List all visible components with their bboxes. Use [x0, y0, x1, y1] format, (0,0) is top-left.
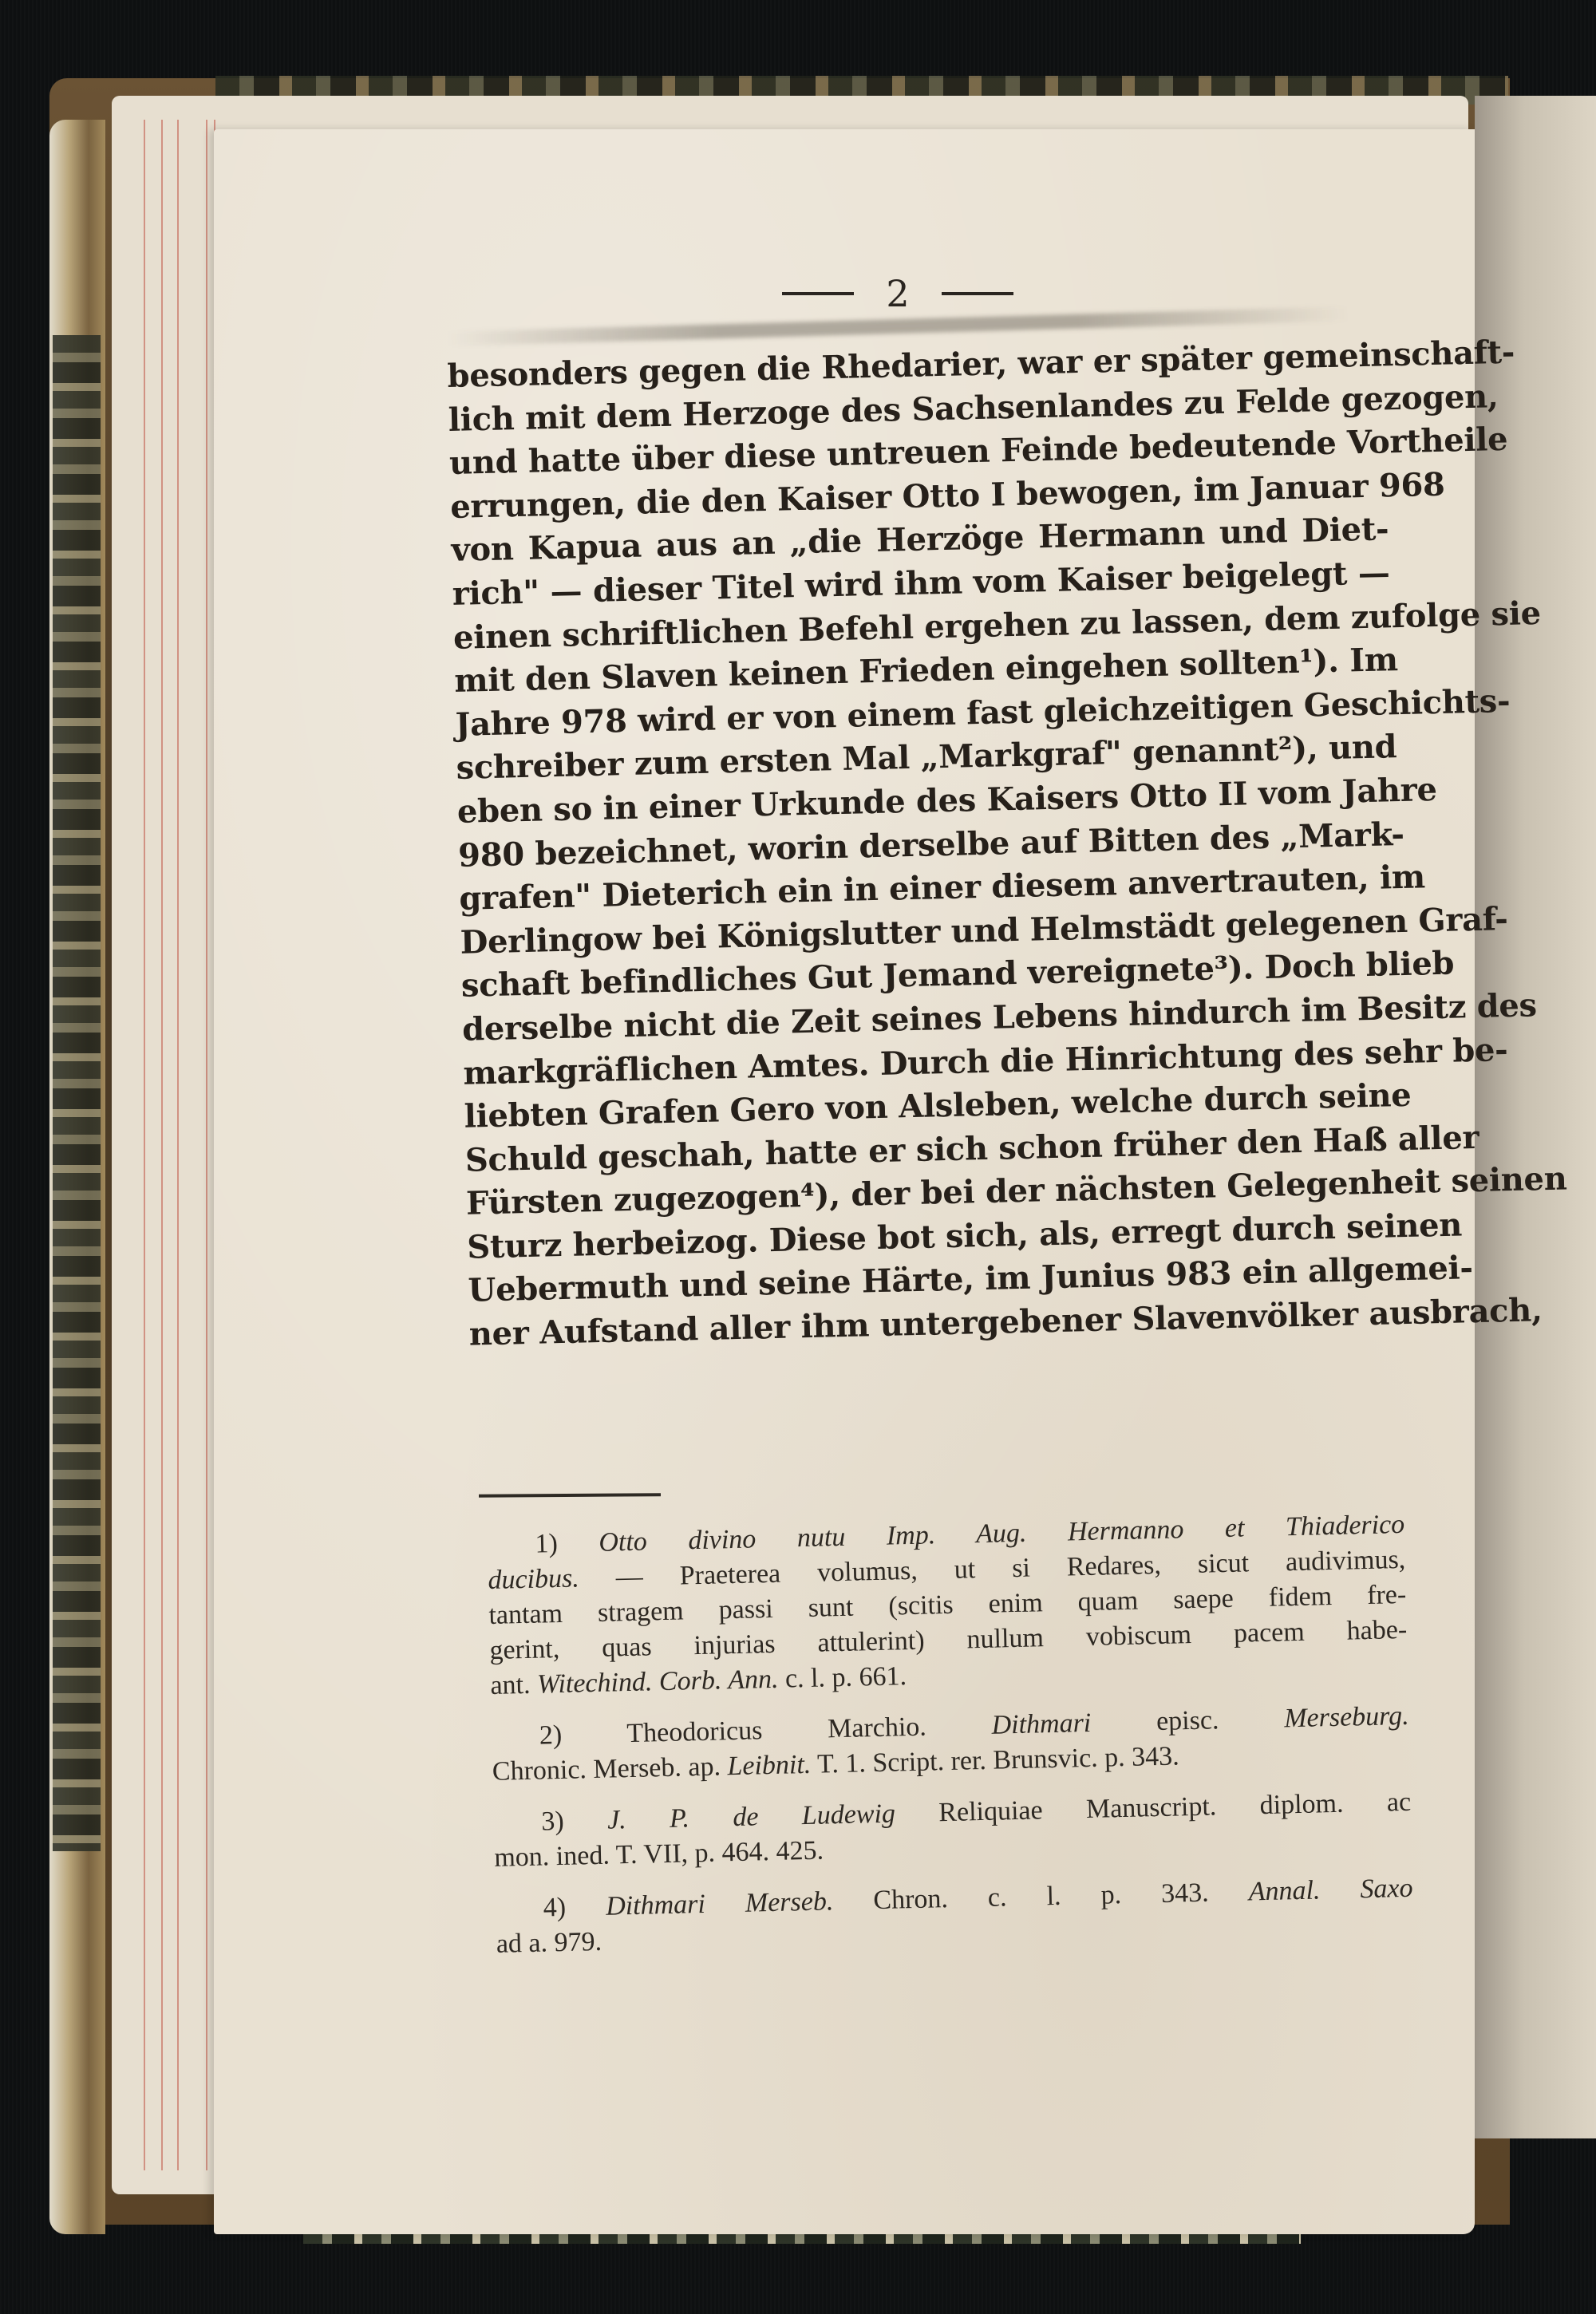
italic-citation: Dithmari Merseb.	[606, 1886, 834, 1921]
red-page-edge	[161, 120, 163, 2170]
footnote-text: T. 1. Script. rer. Brunsvic. p. 343.	[811, 1741, 1179, 1779]
red-page-edge	[177, 120, 179, 2170]
italic-citation: Dithmari	[991, 1708, 1091, 1740]
italic-citation: Leibnit.	[727, 1750, 812, 1781]
red-page-edge	[144, 120, 145, 2170]
italic-citation: J. P. de Ludewig	[607, 1799, 896, 1834]
footnote-text: episc.	[1091, 1704, 1285, 1737]
spine-marble-pattern	[53, 335, 101, 1851]
red-page-edge	[206, 120, 207, 2170]
footnote-text: 1)	[535, 1528, 599, 1559]
footnote-text: Chron. c. l. p. 343.	[833, 1877, 1249, 1916]
footnote-text: ant.	[490, 1670, 537, 1700]
footnote-text: mon. ined. T. VII, p. 464. 425.	[494, 1836, 824, 1873]
italic-citation: Merseburg.	[1284, 1701, 1409, 1734]
header-dash-right	[942, 292, 1013, 295]
footnote-1: 1) Otto divino nutu Imp. Aug. Hermanno e…	[487, 1507, 1408, 1704]
italic-citation: Annal. Saxo	[1248, 1874, 1413, 1907]
footnote-text: c. l. p. 661.	[778, 1661, 907, 1694]
footnote-text: 3)	[541, 1806, 608, 1837]
body-text: besonders gegen die Rhedarier, war er sp…	[447, 334, 1407, 1356]
header-dash-left	[782, 292, 854, 295]
page-header: 2	[762, 270, 1033, 318]
footnote-text: 4)	[543, 1892, 606, 1923]
page-number: 2	[886, 272, 909, 315]
italic-citation: Witechind. Corb. Ann.	[537, 1664, 779, 1700]
footnote-text: Chronic. Merseb. ap.	[492, 1751, 728, 1787]
italic-citation: ducibus.	[488, 1563, 579, 1595]
footnotes: 1) Otto divino nutu Imp. Aug. Hermanno e…	[487, 1507, 1414, 1962]
footnote-text: ad a. 979.	[496, 1927, 602, 1959]
